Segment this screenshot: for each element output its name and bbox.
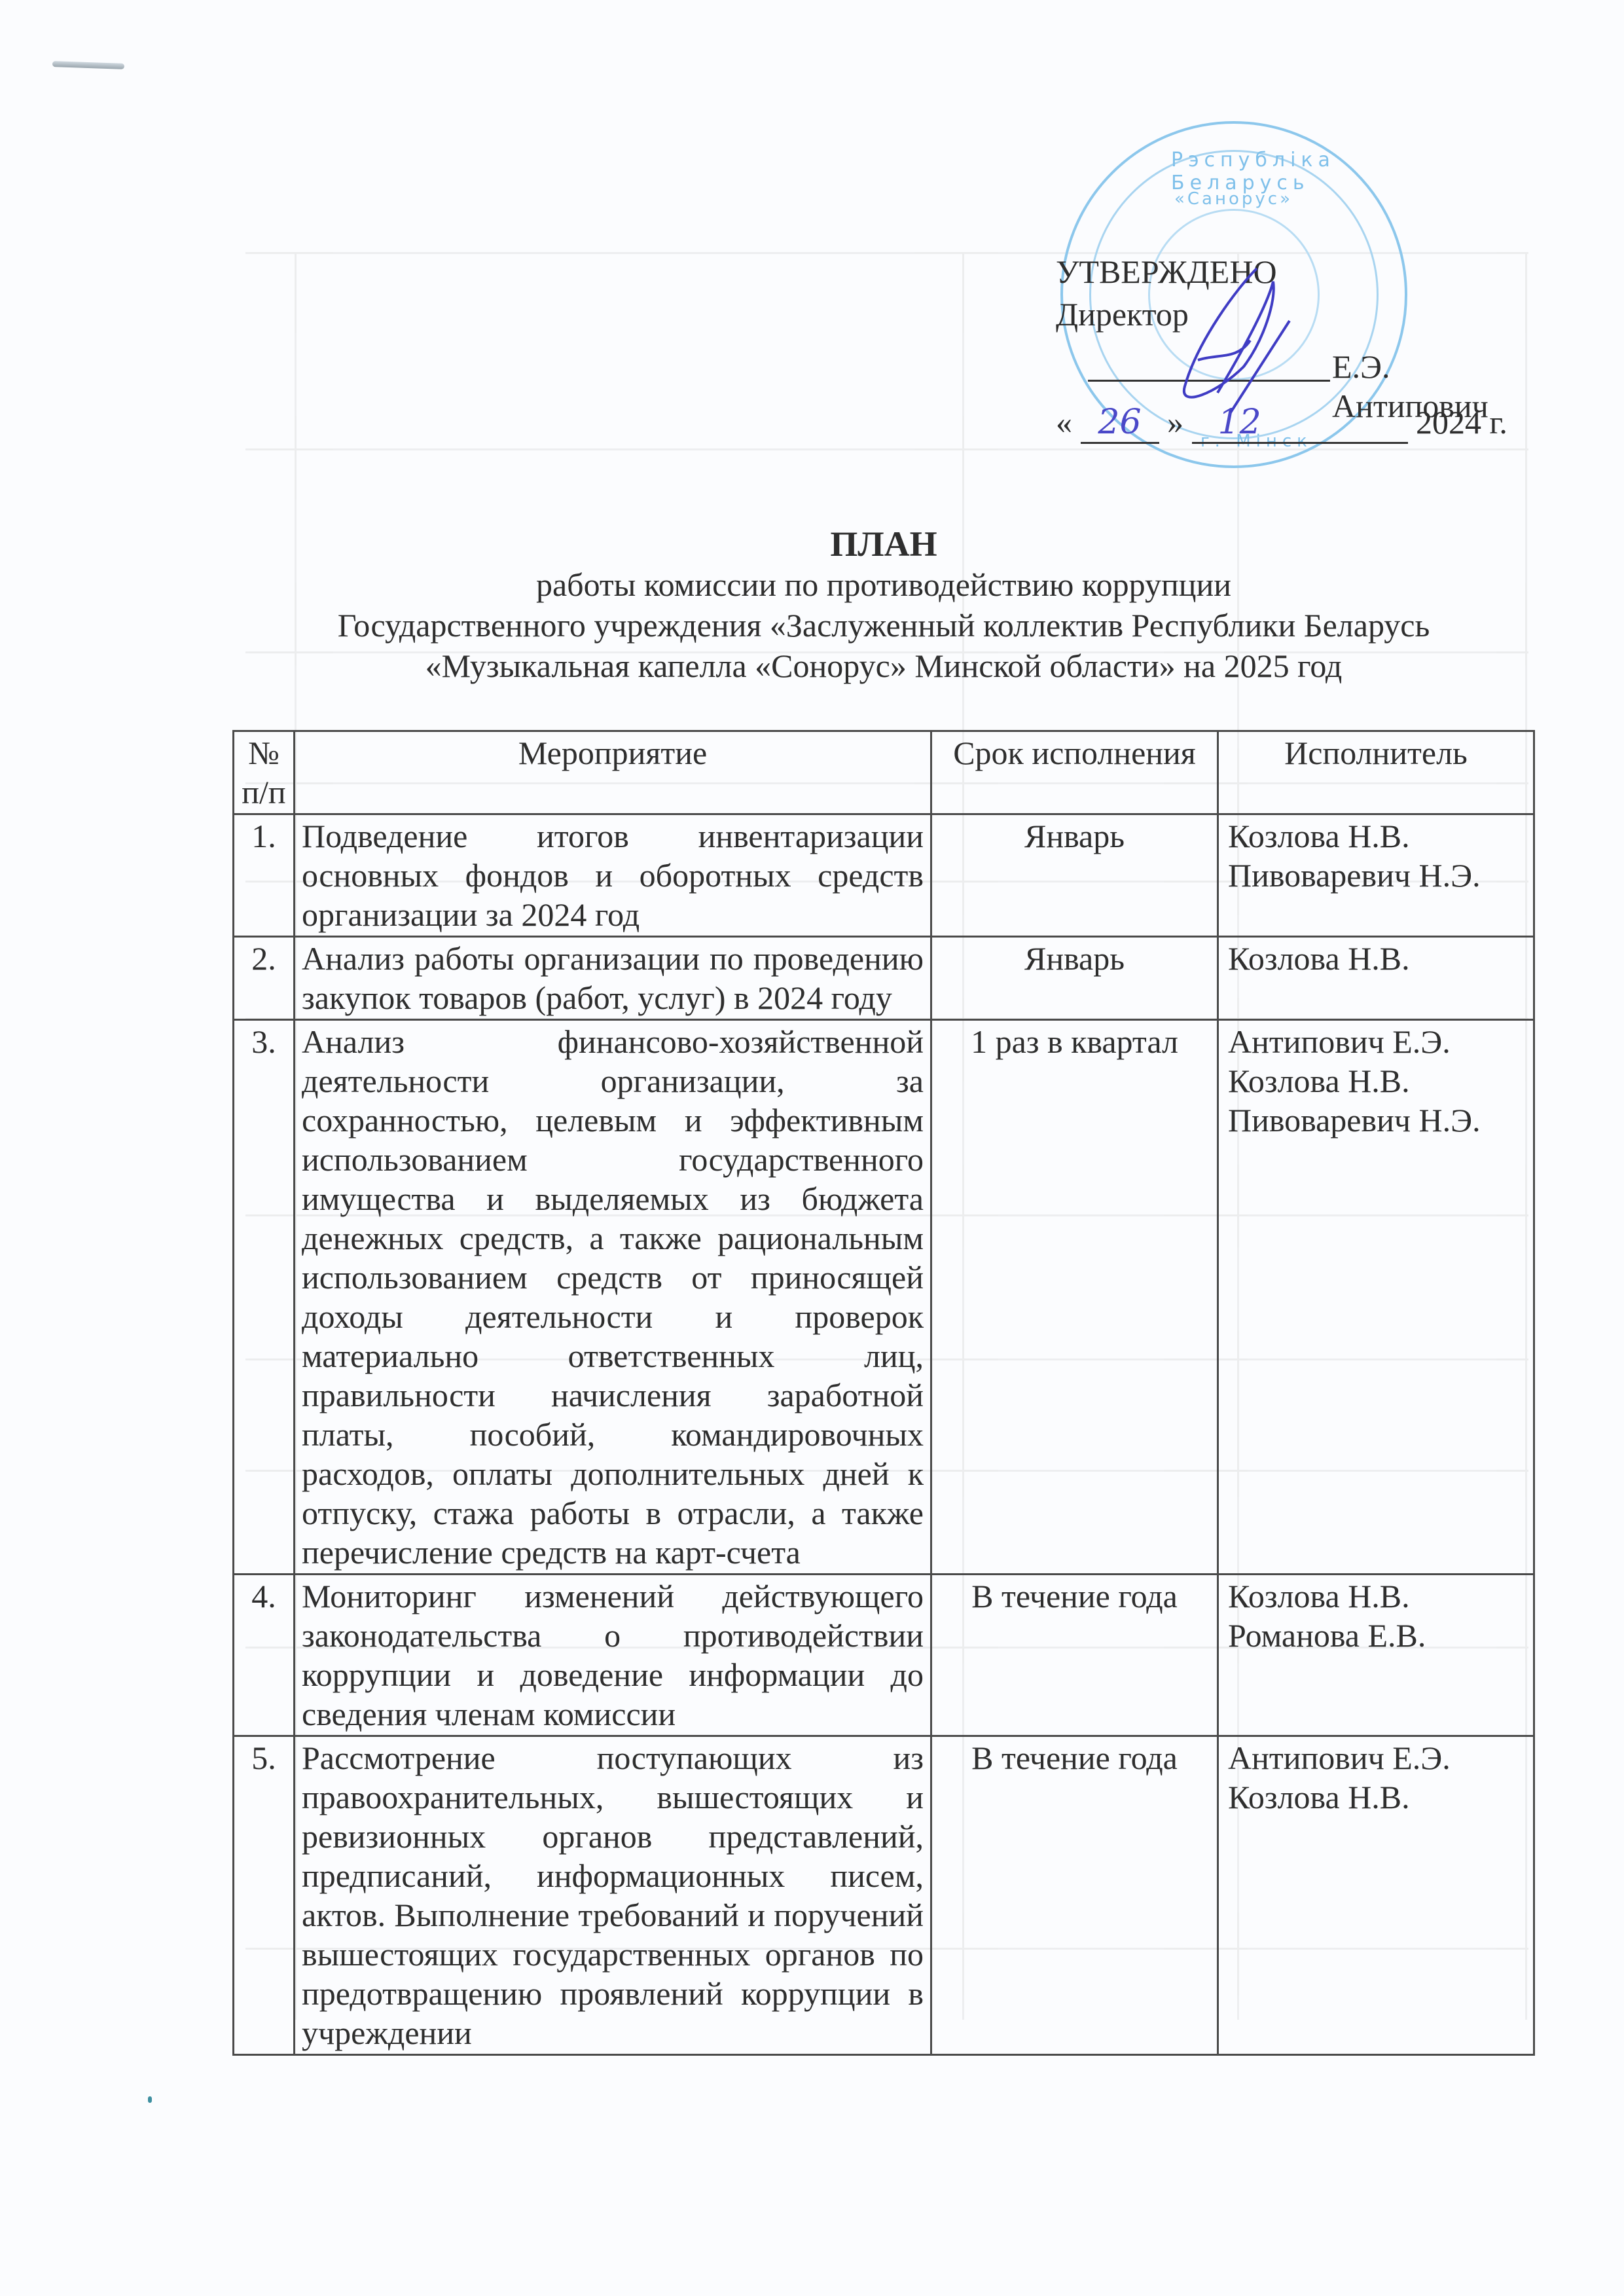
table-row: 4. Мониторинг изменений действующего зак… [234,1575,1534,1736]
date-open-quote: « [1056,404,1072,441]
row-deadline: Январь [931,937,1218,1020]
row-activity: Анализ финансово-хозяйственной деятельно… [295,1020,931,1575]
executor-name: Антипович Е.Э. [1228,1022,1526,1061]
table-row: 2. Анализ работы организации по проведен… [234,937,1534,1020]
document-subtitle-1: работы комиссии по противодействию корру… [236,564,1532,605]
row-deadline: 1 раз в квартал [931,1020,1218,1575]
row-num: 2. [234,937,295,1020]
handwritten-signature-icon [1159,262,1303,419]
row-deadline: Январь [931,814,1218,937]
row-activity: Подведение итогов инвентаризации основны… [295,814,931,937]
executor-name: Романова Е.В. [1228,1616,1526,1655]
table-row: 3. Анализ финансово-хозяйственной деятел… [234,1020,1534,1575]
scan-speck [148,2096,152,2103]
executor-name: Козлова Н.В. [1228,816,1526,856]
header-executor: Исполнитель [1218,731,1534,814]
row-num: 3. [234,1020,295,1575]
table-header-row: № п/п Мероприятие Срок исполнения Исполн… [234,731,1534,814]
table-row: 1. Подведение итогов инвентаризации осно… [234,814,1534,937]
row-activity: Мониторинг изменений действующего законо… [295,1575,931,1736]
header-num: № п/п [234,731,295,814]
date-year: 2024 г. [1416,404,1507,441]
row-executor: Козлова Н.В. [1218,937,1534,1020]
row-activity: Рассмотрение поступающих из правоохранит… [295,1736,931,2055]
header-deadline: Срок исполнения [931,731,1218,814]
row-executor: Антипович Е.Э. Козлова Н.В. Пивоваревич … [1218,1020,1534,1575]
row-deadline: В течение года [931,1575,1218,1736]
executor-name: Пивоваревич Н.Э. [1228,856,1526,895]
executor-name: Пивоваревич Н.Э. [1228,1101,1526,1140]
stamp-outer-text: Рэспубліка Беларусь [1171,149,1405,194]
row-num: 1. [234,814,295,937]
executor-name: Козлова Н.В. [1228,1576,1526,1616]
document-subtitle-3: «Музыкальная капелла «Сонорус» Минской о… [236,646,1532,686]
row-activity: Анализ работы организации по проведению … [295,937,931,1020]
row-executor: Антипович Е.Э. Козлова Н.В. [1218,1736,1534,2055]
document-title: ПЛАН [236,524,1532,564]
staple-mark [52,61,124,69]
date-day: 26 [1098,403,1141,442]
document-subtitle-2: Государственного учреждения «Заслуженный… [236,605,1532,646]
document-title-block: ПЛАН работы комиссии по противодействию … [236,524,1532,686]
plan-table: № п/п Мероприятие Срок исполнения Исполн… [232,730,1535,2056]
row-executor: Козлова Н.В. Романова Е.В. [1218,1575,1534,1736]
stamp-inner-text: «Санорус» [1174,189,1293,209]
table-row: 5. Рассмотрение поступающих из правоохра… [234,1736,1534,2055]
date-day-field: 26 [1081,403,1159,444]
row-deadline: В течение года [931,1736,1218,2055]
header-activity: Мероприятие [295,731,931,814]
row-executor: Козлова Н.В. Пивоваревич Н.Э. [1218,814,1534,937]
executor-name: Козлова Н.В. [1228,1777,1526,1817]
row-num: 4. [234,1575,295,1736]
executor-name: Антипович Е.Э. [1228,1738,1526,1777]
row-num: 5. [234,1736,295,2055]
executor-name: Козлова Н.В. [1228,939,1526,978]
executor-name: Козлова Н.В. [1228,1061,1526,1101]
